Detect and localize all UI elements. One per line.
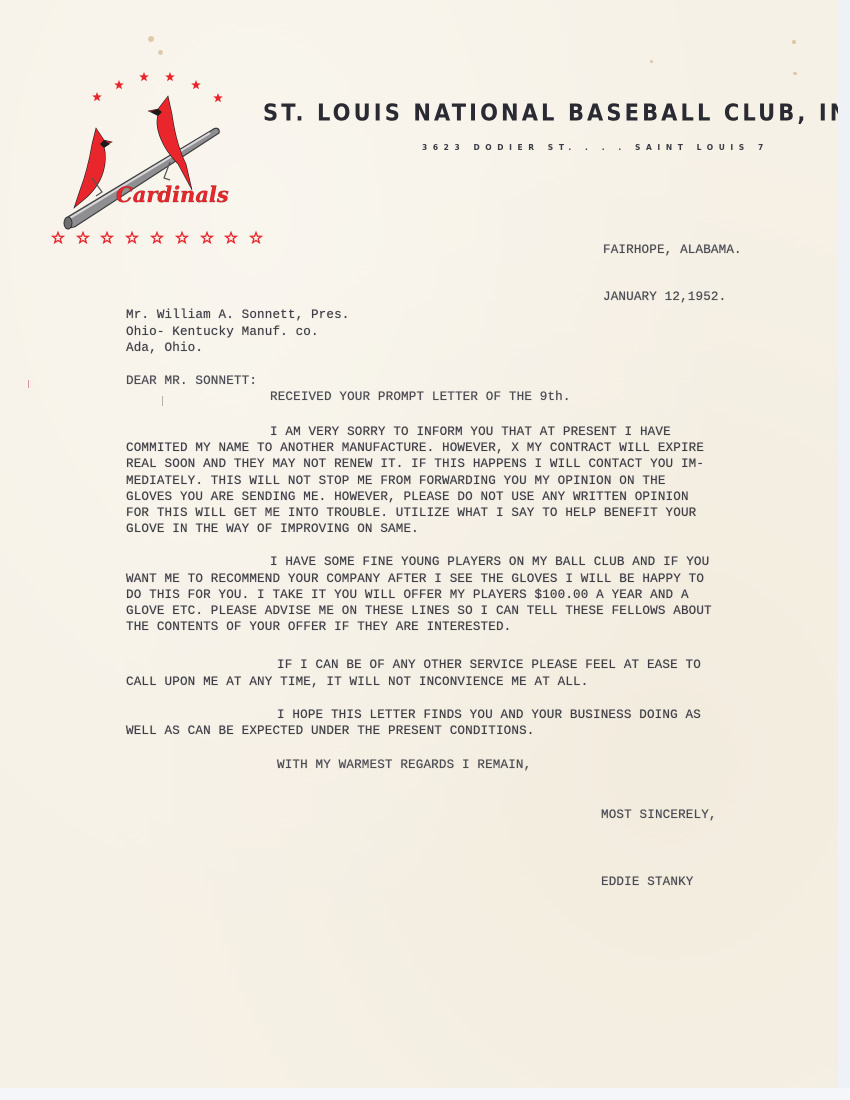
scan-edge-bottom bbox=[0, 1088, 850, 1100]
signature: EDDIE STANKY bbox=[601, 875, 694, 889]
cardinals-logo: Cardinals bbox=[46, 66, 276, 251]
paragraph-line: GLOVE ETC. PLEASE ADVISE ME ON THESE LIN… bbox=[126, 604, 712, 618]
paragraph-line: MEDIATELY. THIS WILL NOT STOP ME FROM FO… bbox=[126, 474, 666, 488]
paragraph-line: I HOPE THIS LETTER FINDS YOU AND YOUR BU… bbox=[277, 708, 701, 722]
scan-edge bbox=[838, 0, 850, 1100]
recipient-line: Mr. William A. Sonnett, Pres. bbox=[126, 308, 350, 322]
paragraph-line: REAL SOON AND THEY MAY NOT RENEW IT. IF … bbox=[126, 457, 704, 471]
pencil-mark bbox=[28, 380, 29, 388]
salutation: DEAR MR. SONNETT: bbox=[126, 374, 257, 388]
letter-place: FAIRHOPE, ALABAMA. bbox=[603, 243, 742, 257]
paragraph-line: RECEIVED YOUR PROMPT LETTER OF THE 9th. bbox=[270, 390, 571, 404]
paragraph-line: WELL AS CAN BE EXPECTED UNDER THE PRESEN… bbox=[126, 724, 535, 738]
paragraph-line: GLOVE IN THE WAY OF IMPROVING ON SAME. bbox=[126, 522, 419, 536]
paragraph-line: COMMITED MY NAME TO ANOTHER MANUFACTURE.… bbox=[126, 441, 704, 455]
paragraph-line: DO THIS FOR YOU. I TAKE IT YOU WILL OFFE… bbox=[126, 588, 689, 602]
star-row-icon bbox=[53, 233, 262, 243]
paragraph-line: I HAVE SOME FINE YOUNG PLAYERS ON MY BAL… bbox=[270, 555, 709, 569]
paper-stain bbox=[148, 36, 154, 42]
paper-stain bbox=[158, 50, 163, 55]
paper-stain bbox=[792, 40, 796, 44]
cardinals-wordmark: Cardinals bbox=[116, 182, 229, 207]
club-address: 3623 DODIER ST. . . . SAINT LOUIS 7 bbox=[422, 143, 769, 152]
paragraph-line: IF I CAN BE OF ANY OTHER SERVICE PLEASE … bbox=[277, 658, 701, 672]
closing: MOST SINCERELY, bbox=[601, 808, 717, 822]
paragraph-line: GLOVES YOU ARE SENDING ME. HOWEVER, PLEA… bbox=[126, 490, 689, 504]
paragraph-line: WITH MY WARMEST REGARDS I REMAIN, bbox=[277, 758, 531, 772]
paragraph-line: WANT ME TO RECOMMEND YOUR COMPANY AFTER … bbox=[126, 572, 704, 586]
paragraph-line: I AM VERY SORRY TO INFORM YOU THAT AT PR… bbox=[270, 425, 671, 439]
star-arc-icon bbox=[92, 72, 223, 102]
paper-stain bbox=[650, 60, 653, 63]
club-name: ST. LOUIS NATIONAL BASEBALL CLUB, INC. bbox=[263, 99, 850, 126]
pencil-mark bbox=[162, 396, 163, 406]
cardinal-bird-right-icon bbox=[148, 96, 192, 190]
paper-stain bbox=[793, 72, 797, 75]
letter-date: JANUARY 12,1952. bbox=[603, 290, 726, 304]
paragraph-line: FOR THIS WILL GET ME INTO TROUBLE. UTILI… bbox=[126, 506, 696, 520]
paragraph-line: THE CONTENTS OF YOUR OFFER IF THEY ARE I… bbox=[126, 620, 511, 634]
paragraph-line: CALL UPON ME AT ANY TIME, IT WILL NOT IN… bbox=[126, 675, 588, 689]
recipient-line: Ohio- Kentucky Manuf. co. bbox=[126, 325, 319, 339]
recipient-line: Ada, Ohio. bbox=[126, 341, 203, 355]
letter-page: Cardinals ST. LOUIS NATIONAL BASEBALL CL… bbox=[0, 0, 838, 1088]
